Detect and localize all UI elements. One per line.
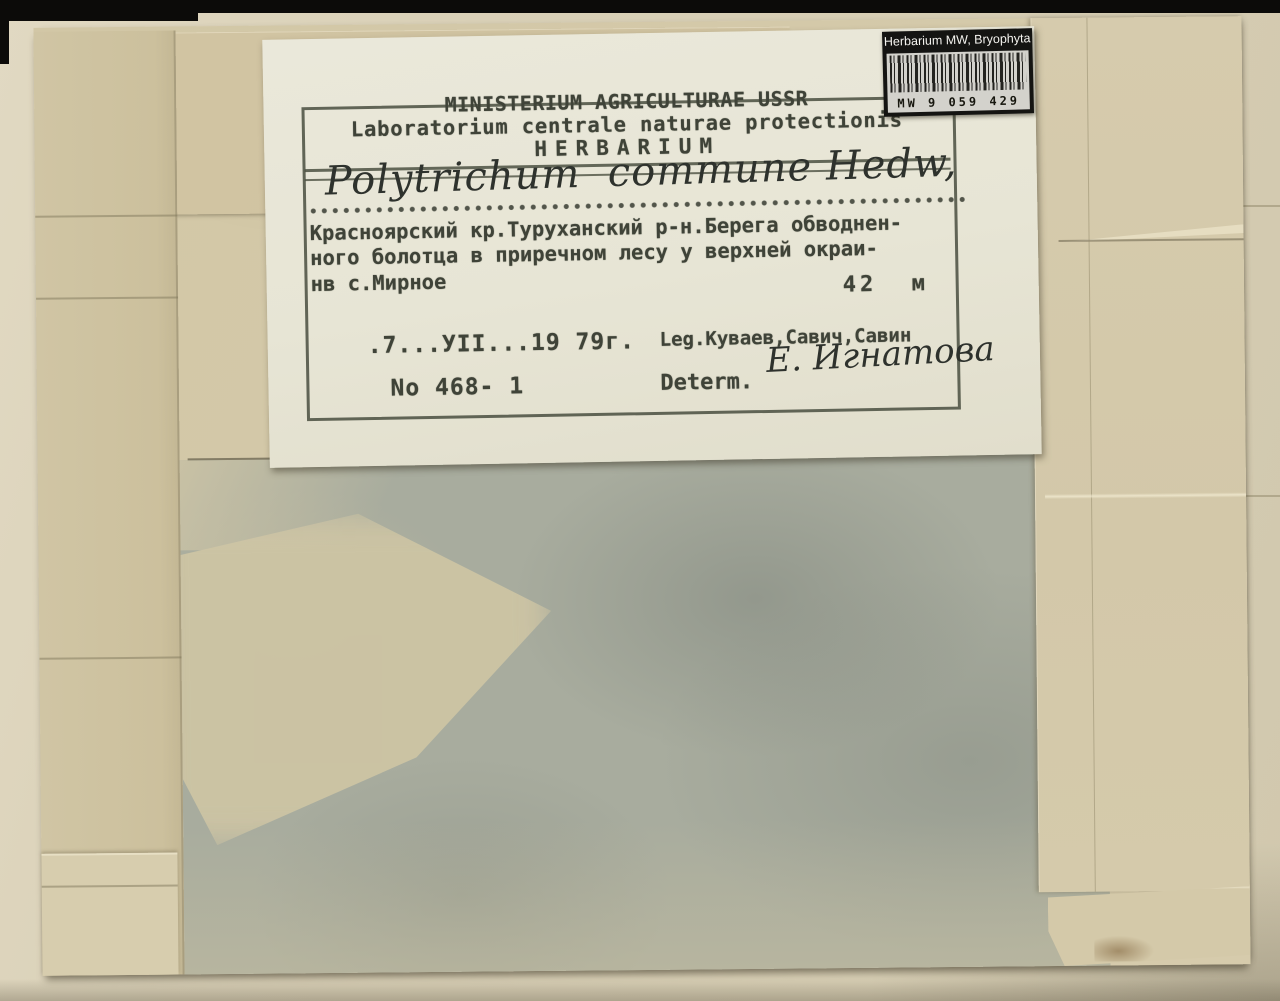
altitude-note: 42 м <box>842 271 929 298</box>
collection-date: .7...УII...19 79г. <box>367 328 635 359</box>
packet-stain <box>1094 935 1154 962</box>
barcode-stripes <box>890 52 1027 92</box>
packet-flap-right <box>1030 16 1249 892</box>
packet-crease <box>35 214 177 217</box>
locality-line-3: нв с.Мирное <box>310 270 446 296</box>
photo-black-edge <box>0 12 9 64</box>
packet-fold-highlight <box>1045 492 1246 499</box>
packet-crease <box>36 296 178 299</box>
packet-fold-showthrough <box>183 816 1110 975</box>
photo-frame: MINISTERIUM AGRICULTURAE USSR Laboratori… <box>0 0 1280 1001</box>
photo-black-edge <box>0 12 198 21</box>
packet-crease <box>1086 18 1095 892</box>
packet-crease <box>42 884 178 887</box>
determ-label: Determ. <box>660 369 753 396</box>
sheet-crease <box>1240 205 1280 207</box>
barcode-number: MW 9 059 429 <box>888 93 1030 110</box>
specimen-number: No 468- 1 <box>390 373 524 401</box>
packet-crease <box>40 656 182 659</box>
packet-fold-line <box>1059 238 1244 242</box>
packet-fold-showthrough <box>180 458 441 550</box>
packet-flap-left <box>34 30 185 975</box>
packet-lower-paper <box>180 452 1111 975</box>
packet-flap-bottom-left <box>41 852 178 975</box>
barcode-sticker: Herbarium MW, Bryophyta MW 9 059 429 <box>882 28 1034 117</box>
barcode-body: MW 9 059 429 <box>887 50 1030 112</box>
